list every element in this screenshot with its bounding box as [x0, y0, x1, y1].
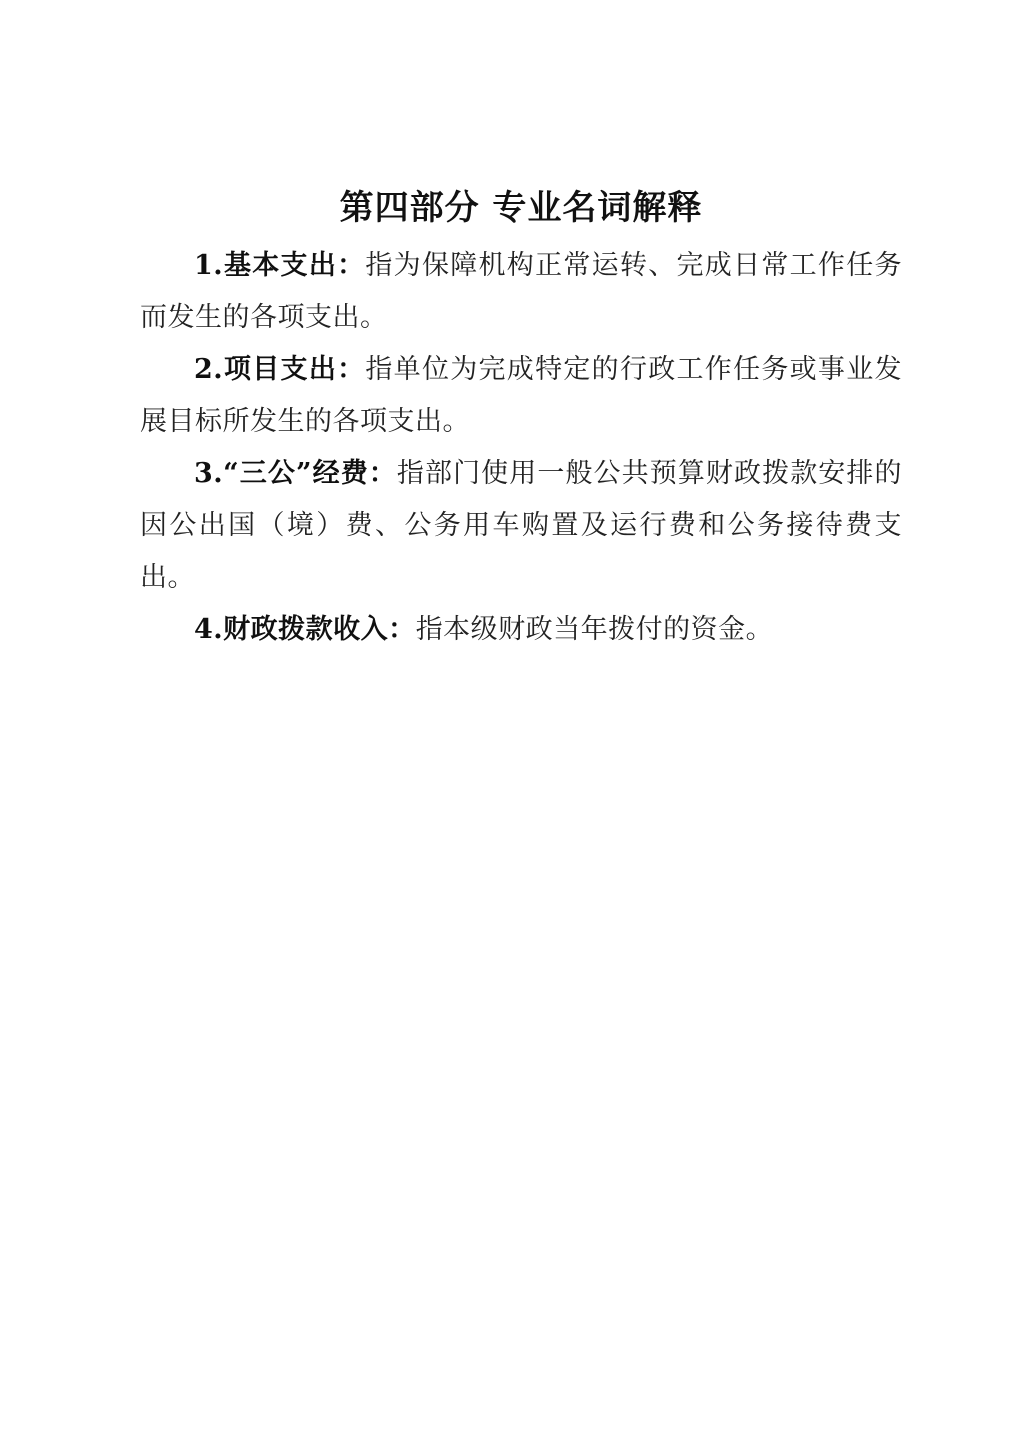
- term-label: 3.“三公”经费：: [194, 458, 397, 489]
- document-content: 第四部分 专业名词解释 1.基本支出：指为保障机构正常运转、完成日常工作任务而发…: [140, 0, 902, 656]
- glossary-entry-project-expenditure: 2.项目支出：指单位为完成特定的行政工作任务或事业发展目标所发生的各项支出。: [140, 344, 902, 448]
- glossary-entry-basic-expenditure: 1.基本支出：指为保障机构正常运转、完成日常工作任务而发生的各项支出。: [140, 240, 902, 344]
- term-label: 2.项目支出：: [194, 354, 365, 385]
- glossary-entry-three-public-funds: 3.“三公”经费：指部门使用一般公共预算财政拨款安排的因公出国（境）费、公务用车…: [140, 448, 902, 604]
- glossary-entry-fiscal-appropriation-income: 4.财政拨款收入：指本级财政当年拨付的资金。: [140, 604, 902, 656]
- term-definition: 指本级财政当年拨付的资金。: [416, 614, 774, 645]
- glossary-section: 1.基本支出：指为保障机构正常运转、完成日常工作任务而发生的各项支出。 2.项目…: [140, 240, 902, 656]
- term-label: 4.财政拨款收入：: [194, 614, 416, 645]
- page-title: 第四部分 专业名词解释: [140, 186, 902, 230]
- document-page: 第四部分 专业名词解释 1.基本支出：指为保障机构正常运转、完成日常工作任务而发…: [0, 0, 1024, 1448]
- term-label: 1.基本支出：: [194, 250, 365, 281]
